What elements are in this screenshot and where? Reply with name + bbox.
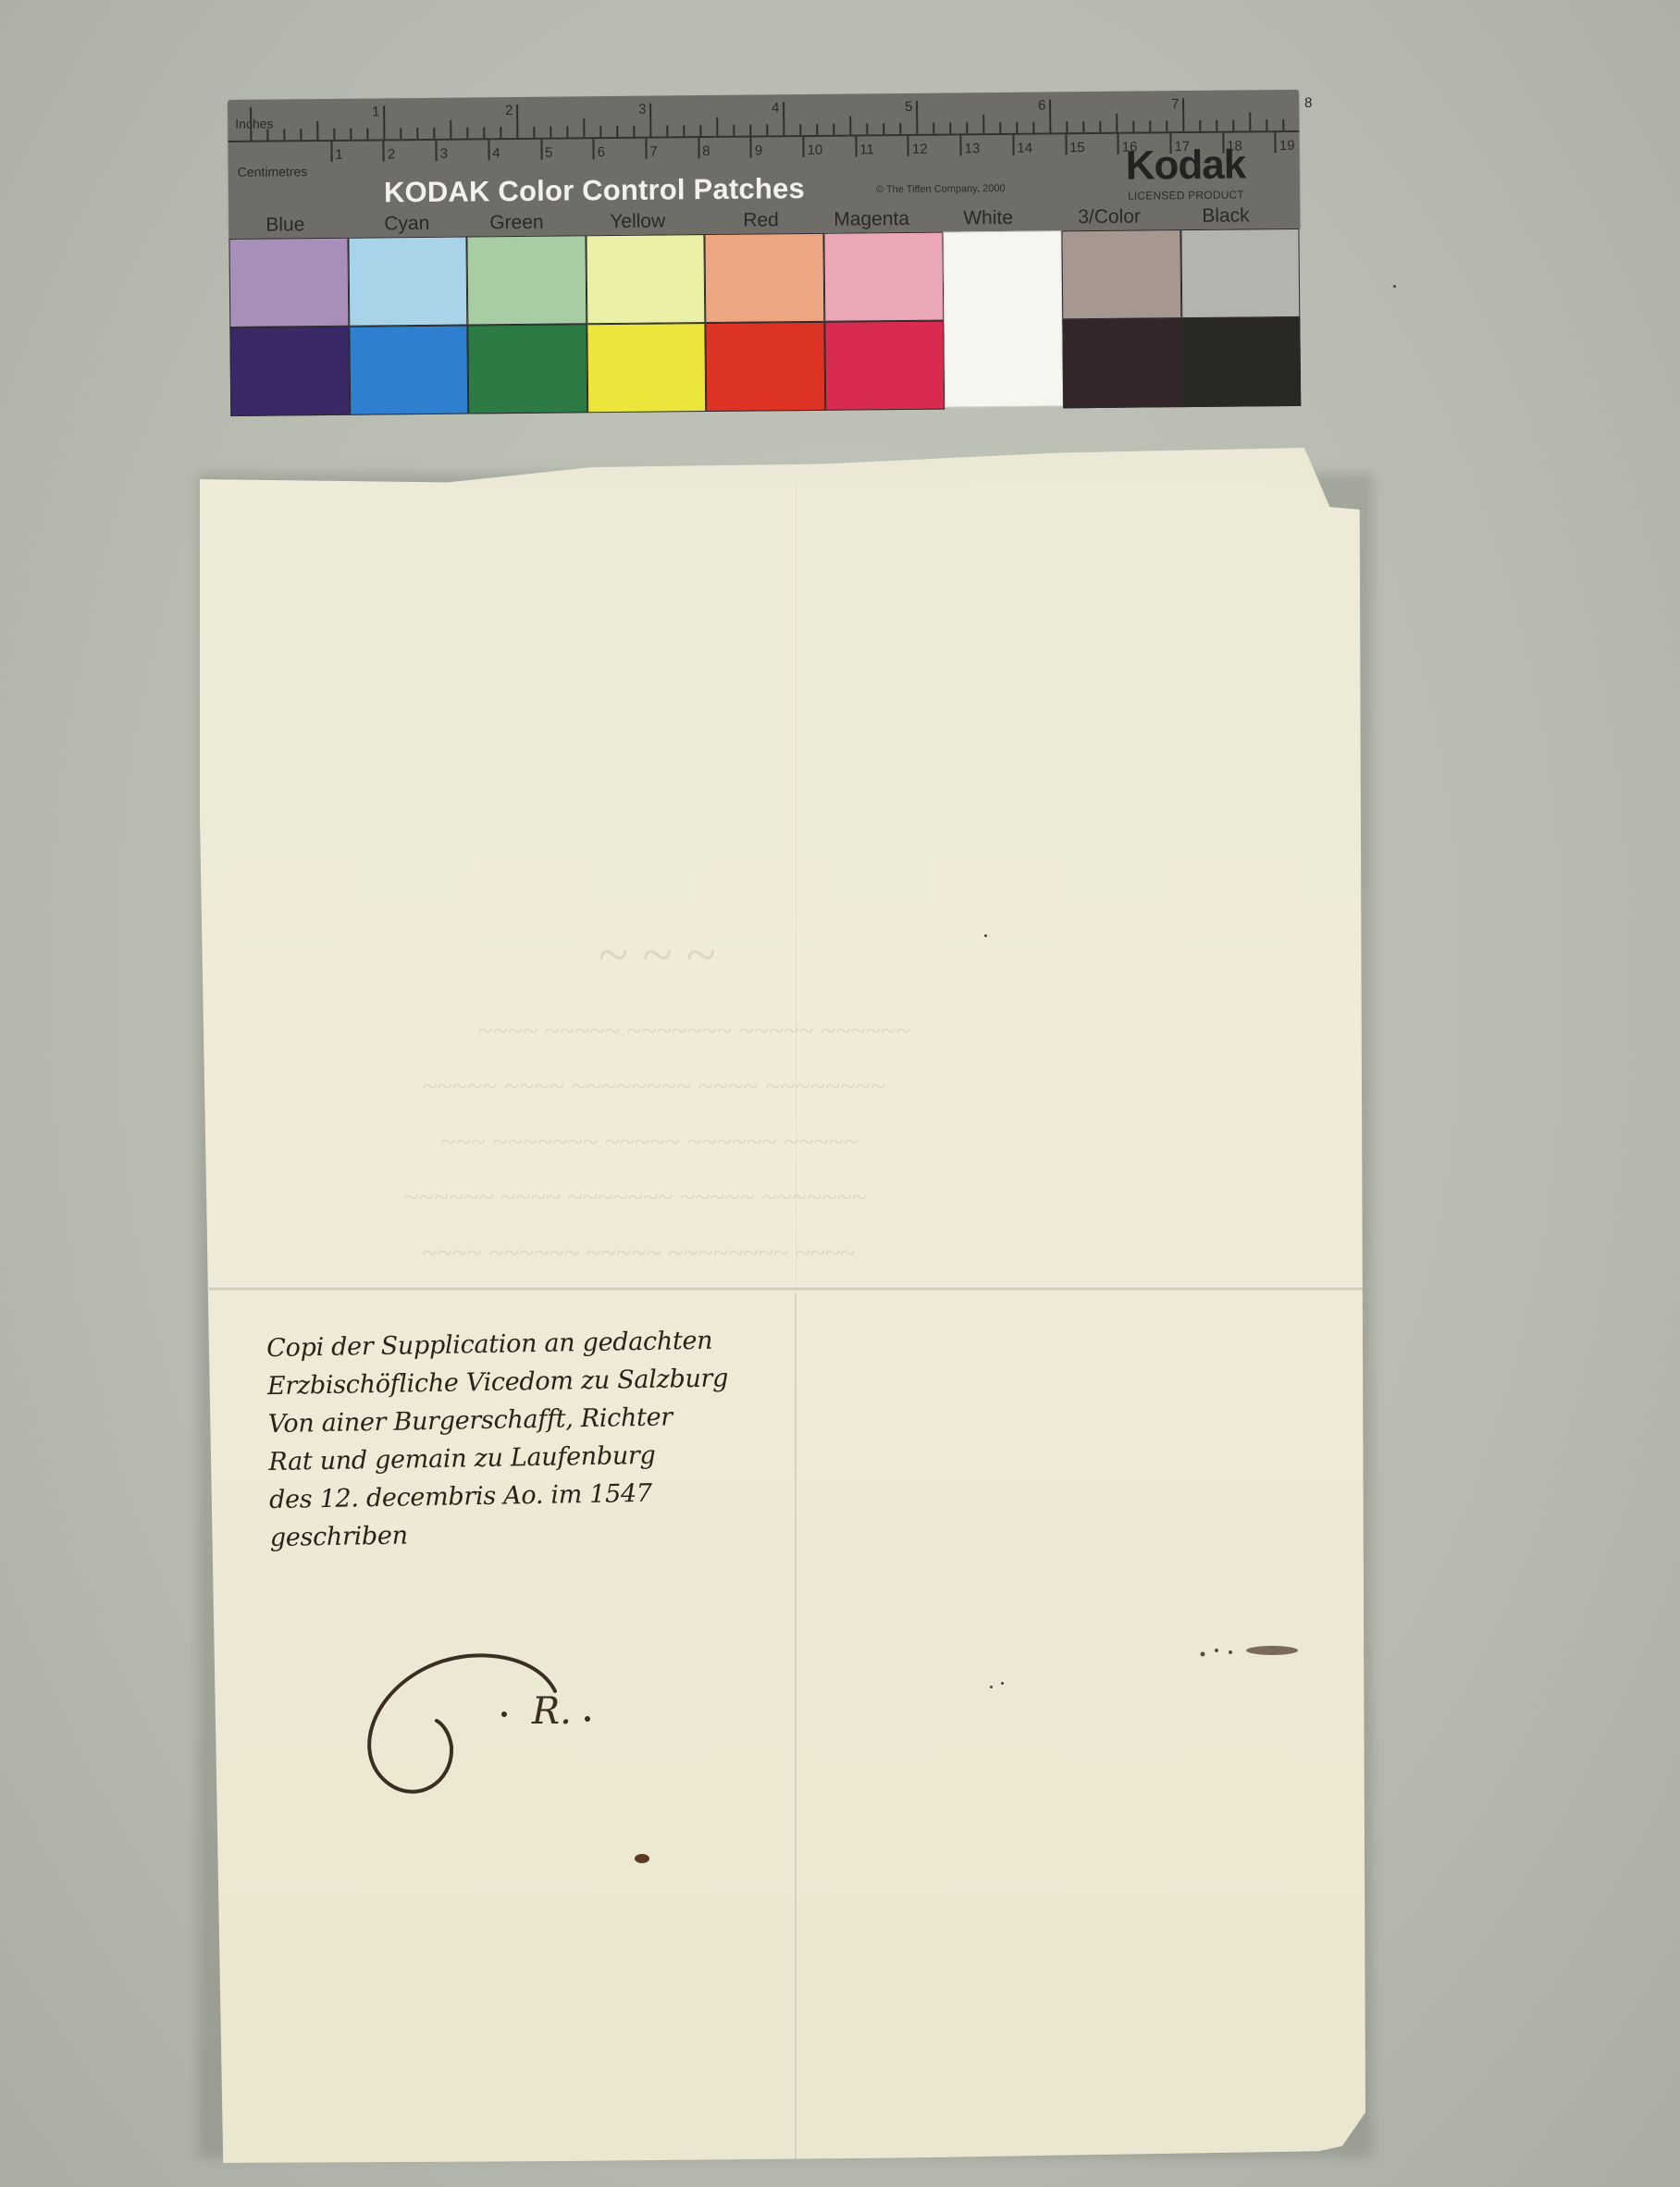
inch-tick-label: 5 [905,99,913,115]
patch-green-light [467,235,587,325]
inch-tick [933,123,934,134]
inch-tick [566,126,568,137]
inch-tick [1032,122,1034,133]
cm-tick-label: 14 [1017,141,1032,156]
inch-tick-label: 6 [1038,98,1046,114]
patch-magenta-dark [824,321,945,411]
cm-tick [959,135,961,155]
inch-tick [266,130,268,141]
inch-tick-label: 2 [505,103,513,118]
cm-tick-label: 5 [545,145,553,161]
patch-black-dark [1181,317,1302,407]
patch-yellow-light [586,234,706,324]
patch-label-green: Green [489,212,544,235]
inch-tick [383,105,385,139]
bleed-through-text: ~~~~~ ~~~~ ~~~~~~~~ ~~~~ ~~~~~~~~ [422,1071,885,1103]
kodak-color-target: Inches Centimetres 12345678 123456789101… [228,90,1302,433]
inch-tick [1199,120,1201,131]
manuscript-endorsement: Copi der Supplication an gedachten Erzbi… [266,1320,807,1557]
patch-white [943,230,1063,407]
inch-tick [450,120,451,139]
cm-tick [645,139,647,159]
bleed-through-text: ~~~~~~ ~~~~ ~~~~~~~ ~~~~~ ~~~~~~~ [403,1182,867,1214]
inch-tick [1149,120,1151,131]
paraph-flourish-icon: R. [352,1645,611,1802]
inch-tick [716,117,718,136]
inch-tick [616,126,618,137]
ink-spot [635,1854,649,1863]
patch-label-3color: 3/Color [1078,206,1141,229]
bleed-through-heading: ~ ~ ~ [598,923,715,987]
cm-tick [1012,135,1014,155]
patch-label-white: White [963,207,1013,230]
inch-tick [366,129,368,140]
inch-tick [400,128,401,139]
inch-tick [849,117,851,135]
cm-tick-label: 8 [702,143,710,159]
inch-tick [916,101,918,134]
cm-tick-label: 9 [755,142,763,158]
cm-tick-label: 19 [1279,138,1295,154]
bleed-through-text: ~~~~ ~~~~~~ ~~~~~ ~~~~~~~~ ~~~~ [422,1238,855,1269]
inch-tick [1116,114,1118,132]
cm-tick-label: 1 [335,147,343,163]
inch-tick [500,127,501,138]
inch-tick [1166,120,1167,131]
cm-tick [593,139,595,159]
inch-tick [550,127,551,138]
fold-crease-horizontal [209,1286,1365,1291]
inch-tick-label: 3 [638,102,647,117]
inch-tick [466,128,468,139]
patch-cyan-dark [349,326,469,415]
inch-tick [1282,119,1284,130]
inch-tick [883,123,884,134]
inch-tick [1049,99,1051,132]
inch-tick [300,129,302,140]
ink-speck [1001,1682,1004,1685]
inch-tick [1066,121,1068,132]
inch-tick [1132,121,1134,132]
inch-tick [1266,119,1267,130]
cm-tick [908,136,909,156]
patch-black-light [1180,229,1301,318]
cm-tick-label: 11 [859,142,874,157]
cm-tick [1275,132,1277,153]
cm-tick-label: 7 [649,144,658,160]
inch-tick [666,125,668,136]
cm-tick [698,138,699,158]
patch-red-dark [706,322,826,412]
inch-tick [316,121,318,140]
inch-tick [899,123,901,134]
patch-red-light [705,233,825,323]
scanner-speck [1393,285,1396,288]
inch-tick [749,125,751,136]
cm-tick-label: 4 [492,145,500,161]
inch-tick [283,129,285,140]
paraph-letter: R. [531,1690,572,1733]
ink-speck [984,934,987,937]
ruler-divider [228,130,1299,142]
cm-tick [383,141,385,161]
inch-tick-label: 1 [372,104,380,119]
inch-tick [999,122,1001,133]
inch-tick [250,107,252,141]
inch-tick [533,127,535,138]
inch-tick [866,123,868,134]
inch-tick [766,124,768,135]
bleed-through-text: ~~~ ~~~~~~~ ~~~~~ ~~~~~~ ~~~~~ [440,1127,859,1158]
inch-tick [1082,121,1084,132]
cm-tick-label: 2 [388,146,396,162]
inch-tick [350,129,352,140]
ink-speck [990,1686,993,1688]
inch-tick [982,115,984,133]
patch-label-magenta: Magenta [834,208,909,231]
cm-tick-label: 13 [965,141,981,156]
patch-label-blue: Blue [266,214,304,236]
patch-magenta-light [823,232,944,322]
kodak-logo: Kodak [1125,142,1245,189]
cm-tick [330,142,332,162]
inch-tick [583,118,585,137]
inch-tick [483,127,485,138]
target-copyright: © The Tiffen Company, 2000 [876,183,1006,195]
ink-stain [1184,1639,1304,1662]
patch-green-dark [468,324,588,414]
cm-tick [802,137,804,157]
cm-tick [1118,134,1119,154]
patch-3color-light [1062,229,1182,319]
centimetres-label: Centimetres [238,164,308,179]
cm-tick-label: 12 [912,142,928,157]
inch-tick [433,128,435,139]
patch-cyan-light [348,237,468,327]
inch-tick [833,124,834,135]
inch-tick [633,126,635,137]
inch-tick-label: 7 [1171,96,1180,112]
patch-label-black: Black [1202,204,1250,227]
inch-tick [649,104,651,137]
cm-tick-label: 10 [807,142,822,158]
inch-tick [1249,112,1251,130]
inch-tick [1182,98,1184,131]
inch-tick [799,124,801,135]
target-title: KODAK Color Control Patches [384,172,805,209]
patch-label-red: Red [743,209,779,231]
inch-tick [949,122,951,133]
inch-tick [1232,120,1234,131]
inch-tick [516,105,518,138]
cm-tick [540,140,542,160]
licensed-product-label: LICENSED PRODUCT [1128,188,1244,202]
patch-blue-light [229,238,349,327]
inch-tick [816,124,818,135]
inch-tick [733,125,735,136]
inch-tick [699,125,701,136]
inch-tick [1016,122,1018,133]
cm-tick-label: 6 [598,144,606,160]
inch-tick [599,126,601,137]
inch-tick-label: 4 [772,100,780,116]
cm-tick-label: 15 [1069,140,1085,155]
inch-tick [416,128,418,139]
fold-crease-vertical-upper [794,479,797,1284]
inch-tick [1099,121,1101,132]
cm-tick [855,136,857,156]
patch-label-cyan: Cyan [384,213,429,235]
ruler-strip: Inches Centimetres 12345678 123456789101… [228,90,1300,239]
inch-tick [333,129,335,140]
inch-tick [783,102,784,135]
inch-tick-label: 8 [1304,95,1313,111]
cm-tick [436,141,438,161]
inch-tick [1216,120,1217,131]
patch-blue-dark [229,327,350,416]
cm-tick [1065,134,1067,154]
patch-yellow-dark [587,323,707,413]
patch-3color-dark [1063,318,1183,408]
cm-tick-label: 3 [440,146,449,162]
cm-tick [488,140,489,160]
patch-label-yellow: Yellow [610,210,665,233]
inch-tick [966,122,968,133]
bleed-through-text: ~~~~ ~~~~~ ~~~~~~~ ~~~~~ ~~~~~~ [477,1016,910,1047]
cm-tick [750,138,752,158]
inch-tick [683,125,685,136]
